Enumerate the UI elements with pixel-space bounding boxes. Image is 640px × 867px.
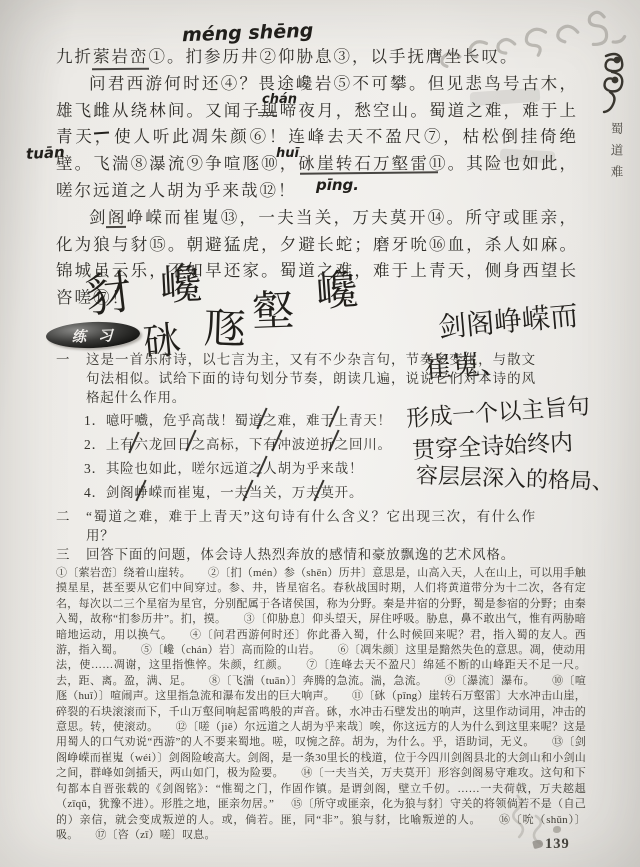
exercise-question-3: 三 回答下面的问题，体会诗人热烈奔放的感情和豪放飘逸的艺术风格。 — [56, 545, 536, 564]
footnote-item: ①〔萦岩峦〕绕着山崖转。 — [56, 567, 191, 579]
practice-character: 巉 — [158, 251, 203, 313]
handwritten-pinyin-tuan: tuān — [26, 143, 66, 163]
practice-character: 壑 — [251, 277, 295, 338]
exercise-item: 4．剑阁峥嵘而崔嵬，一夫当关，万夫莫开。 — [84, 481, 536, 505]
practice-character: 巉 — [314, 257, 360, 320]
footnote-item: ⑤〔巉（chán）岩〕高而险的山岩。 — [141, 644, 321, 656]
exercise-number: 三 — [56, 545, 86, 564]
exercise-number: 二 — [56, 507, 86, 545]
poem-paragraph-1: 九折萦岩峦①。扪参历井②仰胁息③，以手抚膺坐长叹。 — [56, 44, 578, 71]
handwritten-pinyin-ping: pīng. — [316, 176, 359, 194]
exercise-text: “蜀道之难，难于上青天”这句诗有什么含义？它出现三次，有什么作用？ — [86, 507, 536, 545]
footnote-item: ⑧〔飞湍（tuān）〕奔腾的急流。湍，急流。 — [209, 675, 427, 687]
exercise-number: 一 — [56, 350, 86, 407]
footnote-item: ⑨〔瀑流〕瀑布。 — [444, 675, 535, 687]
handwritten-pinyin-men-shen: méng shēng — [182, 20, 314, 47]
footnote-item: ⑰〔咨（zī）嗟〕叹息。 — [95, 829, 215, 841]
exercise-item: 3．其险也如此，嗟尔远道之人胡为乎来哉！ — [84, 457, 536, 481]
footnotes-block: ①〔萦岩峦〕绕着山崖转。 ②〔扪（mén）参（shēn）历井〕意思是，山高入天，… — [56, 566, 586, 843]
practice-character: 豗 — [203, 295, 247, 356]
exercise-text: 这是一首乐府诗，以七言为主，又有不少杂言句，节奏多变化，与散文句法相似。试给下面… — [86, 350, 536, 407]
exercise-badge: 练习 — [46, 320, 141, 349]
exercises-section: 一 这是一首乐府诗，以七言为主，又有不少杂言句，节奏多变化，与散文句法相似。试给… — [56, 350, 536, 564]
exercise-badge-label: 练习 — [61, 323, 125, 346]
exercise-text: 回答下面的问题，体会诗人热烈奔放的感情和豪放飘逸的艺术风格。 — [86, 545, 536, 564]
scroll-flourish-icon — [596, 48, 630, 116]
exercise-item-list: 1．噫吁嚱，危乎高哉！蜀道之难，难于上青天！ 2．上有六龙回日之高标，下有冲波逆… — [84, 409, 536, 505]
exercise-item: 1．噫吁嚱，危乎高哉！蜀道之难，难于上青天！ — [84, 409, 536, 433]
exercise-item: 2．上有六龙回日之高标，下有冲波逆折之回川。 — [84, 433, 536, 457]
handwritten-pinyin-hui: huī — [276, 146, 299, 161]
margin-title-vertical: 蜀道难 — [607, 122, 625, 187]
exercise-question-1: 一 这是一首乐府诗，以七言为主，又有不少杂言句，节奏多变化，与散文句法相似。试给… — [56, 350, 536, 407]
handwritten-underline — [106, 226, 126, 228]
handwritten-pinyin-chan: chán — [262, 92, 297, 107]
handwritten-underline — [258, 112, 277, 116]
page-number: 139 — [545, 836, 570, 853]
practice-character: 豺 — [82, 256, 135, 326]
textbook-page-scan: 蜀道难 九折萦岩峦①。扪参历井②仰胁息③，以手抚膺坐长叹。 问君西游何时还④？畏… — [0, 0, 640, 867]
exercise-question-2: 二 “蜀道之难，难于上青天”这句诗有什么含义？它出现三次，有什么作用？ — [56, 507, 536, 545]
